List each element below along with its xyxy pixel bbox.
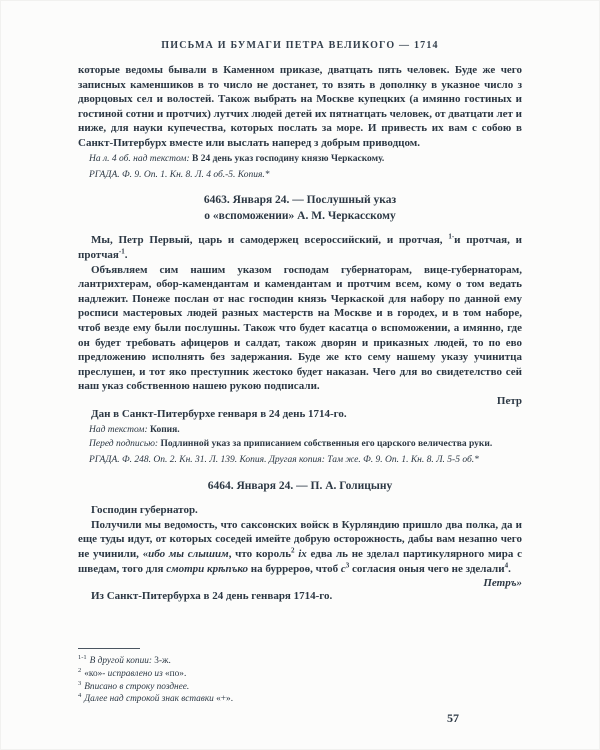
doc-heading-6463-line2: о «вспоможении» А. М. Черкасскому xyxy=(204,210,396,222)
footnote: 1-1В другой копии: 3-ж. xyxy=(78,655,522,668)
footnote-label: В другой копии: xyxy=(90,656,152,666)
doc6463-opening-paragraph: Мы, Петр Первый, царь и самодержец всеро… xyxy=(78,233,522,262)
footnote-label: Далее над строкой знак вставки xyxy=(84,694,214,704)
book-page: ПИСЬМА И БУМАГИ ПЕТРА ВЕЛИКОГО — 1714 ко… xyxy=(0,0,600,750)
opening-run: . xyxy=(125,249,128,261)
archive-reference: РГАДА. Ф. 9. Оп. 1. Кн. 8. Л. 4 об.-5. К… xyxy=(78,169,522,181)
note-value: В 24 день указ господину князю Черкаском… xyxy=(190,154,385,164)
footnote: 2«ко»- исправлено из «по». xyxy=(78,668,522,681)
footnote: 4Далее над строкой знак вставки «+». xyxy=(78,693,522,706)
footnote-text: 3-ж. xyxy=(152,656,171,666)
signature-text: Петръ» xyxy=(483,577,522,589)
doc6464-dateline: Из Санкт-Питербурха в 24 день генваря 17… xyxy=(78,589,522,604)
doc6464-salutation: Господин губернатор. xyxy=(78,503,522,518)
footnote-marker: 3 xyxy=(78,680,81,687)
text-column: ПИСЬМА И БУМАГИ ПЕТРА ВЕЛИКОГО — 1714 ко… xyxy=(78,40,522,604)
editorial-note: На л. 4 об. над текстом: В 24 день указ … xyxy=(78,153,522,165)
signature-petr: Петръ» xyxy=(78,577,522,589)
footnote: 3Вписано в строку позднее. xyxy=(78,681,522,694)
footnotes-section: 1-1В другой копии: 3-ж. 2«ко»- исправлен… xyxy=(78,648,522,706)
doc6464-body-paragraph: Получили мы ведомость, что саксонских во… xyxy=(78,518,522,576)
editorial-note: Над текстом: Копия. xyxy=(78,424,522,436)
letter-run: согласия оныя чего не зделали xyxy=(349,563,504,575)
note-label: Перед подписью: xyxy=(89,439,158,449)
note-value: Копия. xyxy=(148,425,180,435)
note-label: На л. 4 об. над текстом: xyxy=(89,154,190,164)
doc-heading-6463-line1: 6463. Января 24. — Послушный указ xyxy=(204,194,396,206)
footnote-text: «по». xyxy=(163,669,187,679)
continuation-paragraph: которые ведомы бывали в Каменном приказе… xyxy=(78,63,522,151)
footnote-marker: 1-1 xyxy=(78,654,87,661)
autograph-run: ибо мы слышим xyxy=(148,548,229,560)
doc-heading-6464: 6464. Января 24. — П. А. Голицыну xyxy=(78,479,522,495)
footnote-marker: 2 xyxy=(78,667,81,674)
footnote-separator xyxy=(78,648,140,649)
opening-run: Мы, Петр Первый, царь и самодержец всеро… xyxy=(91,234,448,246)
doc6463-body-paragraph: Объявляем сим нашим указом господам губе… xyxy=(78,263,522,394)
autograph-run: ix xyxy=(295,548,307,560)
archive-reference: РГАДА. Ф. 248. Оп. 2. Кн. 31. Л. 139. Ко… xyxy=(78,454,522,466)
page-number: 57 xyxy=(447,711,459,726)
letter-run: . xyxy=(508,563,511,575)
footnote-text: «+». xyxy=(214,694,233,704)
footnote-marker: 4 xyxy=(78,692,81,699)
editorial-note: Перед подписью: Подлинной указ за припис… xyxy=(78,438,522,450)
signature-petr: Петр xyxy=(78,395,522,407)
autograph-run: смотри крѣпъко xyxy=(166,563,248,575)
letter-run: , что король xyxy=(229,548,291,560)
doc6463-dateline: Дан в Санкт-Питербурхе генваря в 24 день… xyxy=(78,407,522,422)
note-value: Подлинной указ за приписанием собственны… xyxy=(158,439,492,449)
footnote-label: Вписано в строку позднее. xyxy=(84,682,189,692)
doc-heading-6463: 6463. Января 24. — Послушный указо «вспо… xyxy=(78,193,522,224)
letter-run: на буррероѳ, чтоб xyxy=(248,563,341,575)
running-head: ПИСЬМА И БУМАГИ ПЕТРА ВЕЛИКОГО — 1714 xyxy=(78,40,522,51)
note-label: Над текстом: xyxy=(89,425,148,435)
footnote-pre: «ко»- xyxy=(84,669,107,679)
footnote-label: исправлено из xyxy=(108,669,163,679)
